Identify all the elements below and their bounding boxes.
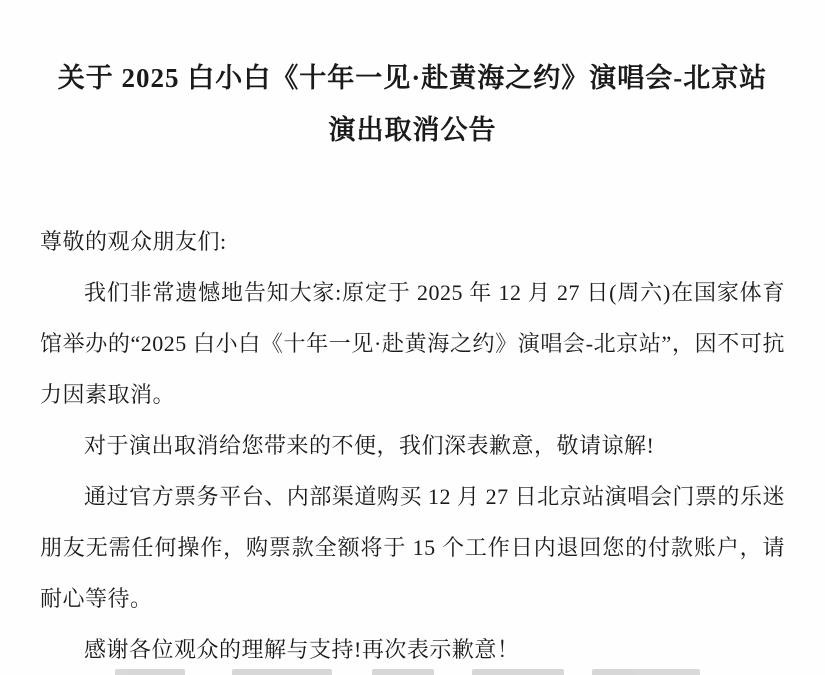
paragraph-cancellation-notice: 我们非常遗憾地告知大家:原定于 2025 年 12 月 27 日(周六)在国家体… [40, 267, 785, 420]
document-page: 关于 2025 白小白《十年一见·赴黄海之约》演唱会-北京站 演出取消公告 尊敬… [0, 0, 825, 675]
clipped-text-fragment [232, 669, 332, 675]
announcement-body: 尊敬的观众朋友们: 我们非常遗憾地告知大家:原定于 2025 年 12 月 27… [40, 216, 785, 675]
title-line-1: 关于 2025 白小白《十年一见·赴黄海之约》演唱会-北京站 [40, 52, 785, 104]
title-line-2: 演出取消公告 [40, 104, 785, 156]
clipped-text-fragment [472, 669, 564, 675]
clipped-text-fragment [115, 669, 185, 675]
clipped-text-fragment [592, 669, 700, 675]
paragraph-refund-info: 通过官方票务平台、内部渠道购买 12 月 27 日北京站演唱会门票的乐迷朋友无需… [40, 471, 785, 624]
paragraph-thanks: 感谢各位观众的理解与支持!再次表示歉意！ [40, 624, 785, 675]
clipped-text-fragment [372, 669, 434, 675]
salutation: 尊敬的观众朋友们: [40, 216, 785, 267]
announcement-title: 关于 2025 白小白《十年一见·赴黄海之约》演唱会-北京站 演出取消公告 [40, 52, 785, 156]
paragraph-apology: 对于演出取消给您带来的不便，我们深表歉意，敬请谅解! [40, 420, 785, 471]
clipped-next-line [0, 669, 825, 675]
